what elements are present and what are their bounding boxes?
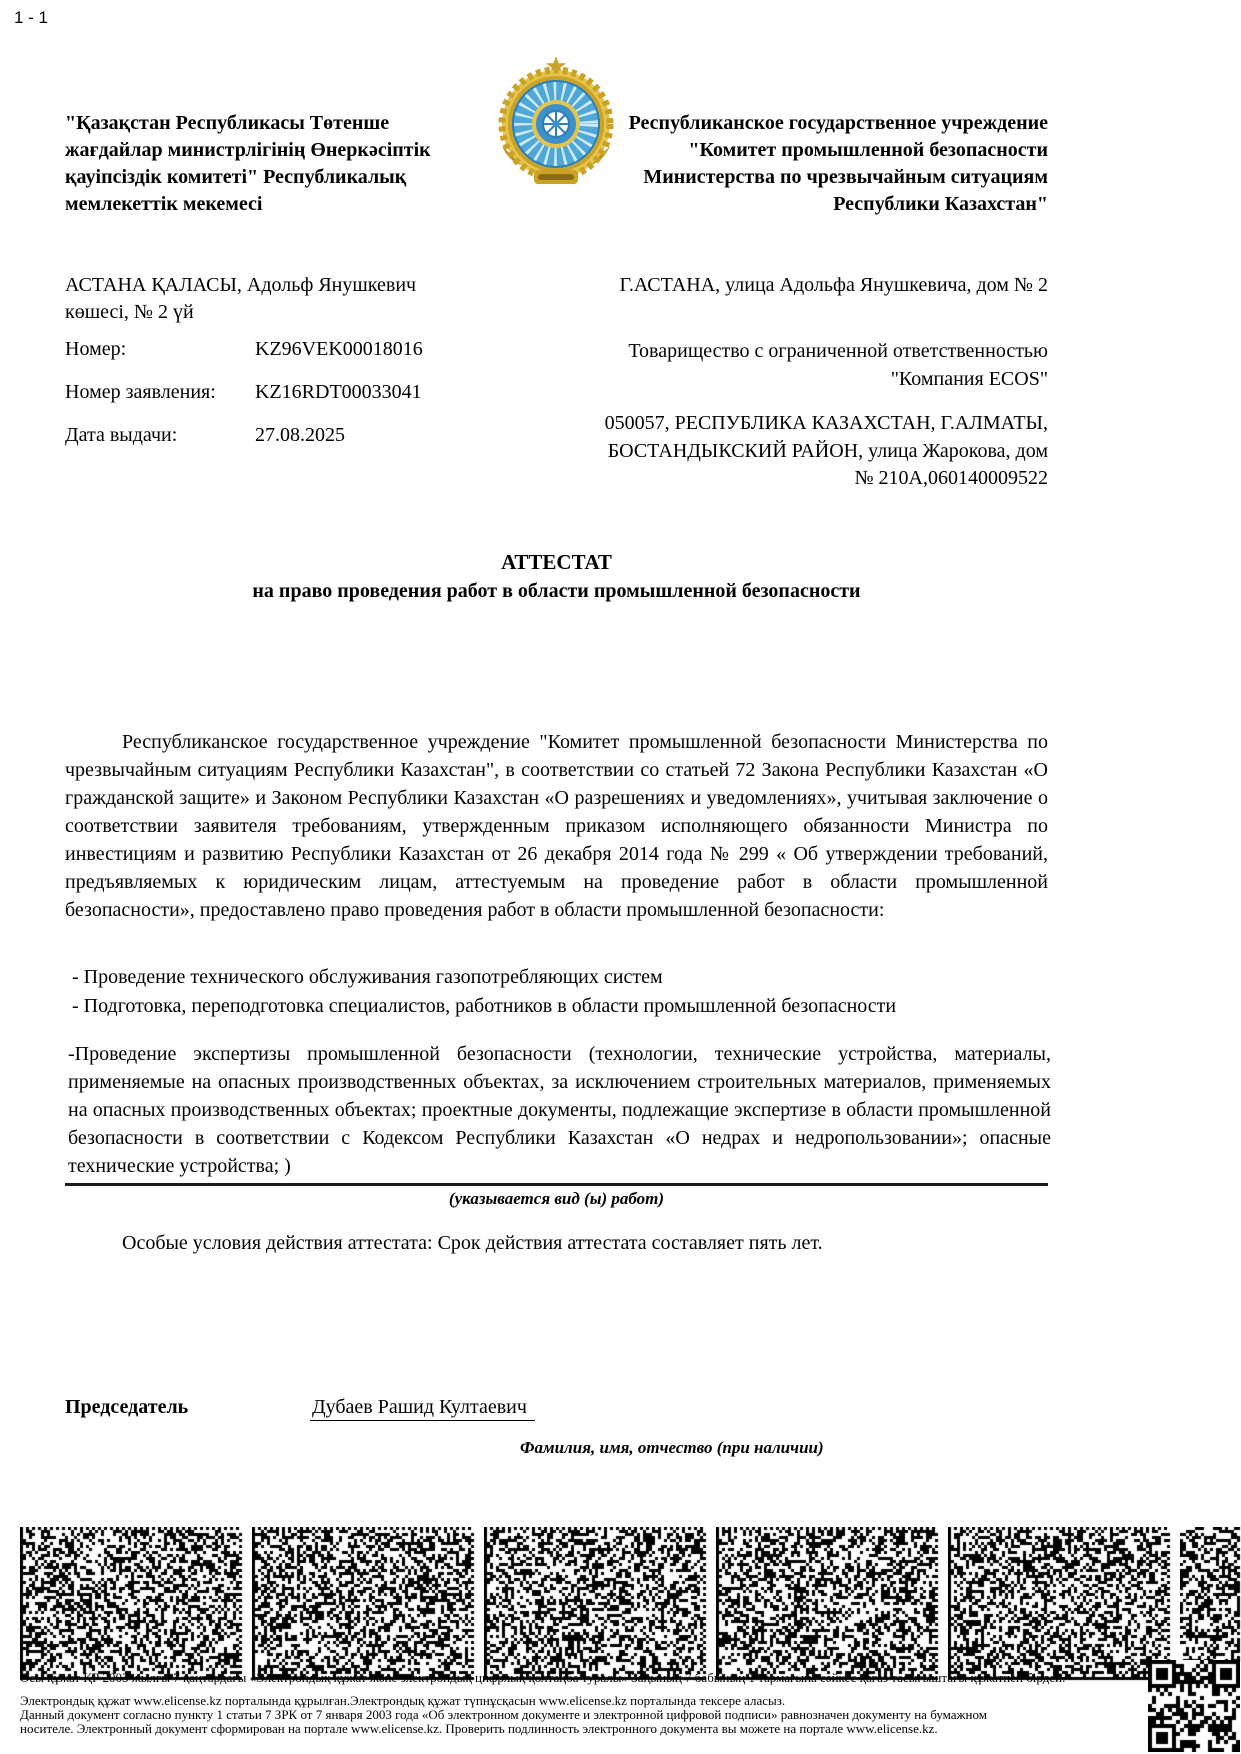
special-conditions: Особые условия действия аттестата: Срок … [65, 1232, 1048, 1255]
field-issue-date: Дата выдачи: 27.08.2025 [65, 424, 585, 467]
issuer-address-kk: АСТАНА ҚАЛАСЫ, Адольф Янушкевич көшесі, … [65, 272, 470, 326]
field-number: Номер: KZ96VEK00018016 [65, 338, 585, 381]
footer-note-kk-portal: Электрондық құжат www.elicense.kz портал… [20, 1694, 785, 1708]
verification-qr-code [1148, 1660, 1240, 1752]
field-number-value: KZ96VEK00018016 [255, 338, 423, 360]
field-application-number-label: Номер заявления: [65, 381, 250, 404]
field-application-number-value: KZ16RDT00033041 [255, 381, 422, 403]
footer-note-kk-legal: Осы құжат ҚР 2003 жылғы 7 қаңтардағы «Эл… [20, 1670, 1065, 1686]
barcode-block-partial [1180, 1527, 1241, 1682]
barcode-block-1 [20, 1527, 244, 1682]
barcode-block-3 [484, 1527, 708, 1682]
certificate-page: 1 - 1 [0, 0, 1241, 1754]
works-divider-line [65, 1183, 1048, 1186]
field-application-number: Номер заявления: KZ16RDT00033041 [65, 381, 585, 424]
recipient-name: Товарищество с ограниченной ответственно… [603, 338, 1048, 393]
barcode-block-4 [716, 1527, 940, 1682]
footer-note-ru-legal-2: носителе. Электронный документ сформиров… [20, 1722, 938, 1736]
work-item-3: -Проведение экспертизы промышленной безо… [68, 1040, 1051, 1180]
issuer-name-ru: Республиканское государственное учрежден… [603, 110, 1048, 218]
barcode-block-5 [948, 1527, 1172, 1682]
field-issue-date-value: 27.08.2025 [255, 424, 345, 446]
works-caption: (указывается вид (ы) работ) [65, 1189, 1048, 1209]
kazakhstan-emblem-graphic [492, 54, 620, 192]
main-paragraph: Республиканское государственное учрежден… [65, 728, 1048, 924]
barcode-block-2 [252, 1527, 476, 1682]
document-title: АТТЕСТАТ [65, 550, 1048, 575]
kazakhstan-emblem-icon [492, 54, 620, 192]
signer-name: Дубаев Рашид Култаевич [310, 1396, 535, 1421]
issuer-name-kk: "Қазақстан Республикасы Төтенше жағдайла… [65, 110, 470, 218]
work-item-2: - Подготовка, переподготовка специалисто… [72, 992, 896, 1020]
signer-position-label: Председатель [65, 1396, 188, 1419]
document-subtitle: на право проведения работ в области пром… [65, 580, 1048, 603]
issuer-address-ru: Г.АСТАНА, улица Адольфа Янушкевича, дом … [603, 272, 1048, 299]
field-issue-date-label: Дата выдачи: [65, 424, 250, 447]
document-fields: Номер: KZ96VEK00018016 Номер заявления: … [65, 338, 585, 467]
field-number-label: Номер: [65, 338, 250, 361]
page-number-marker: 1 - 1 [14, 8, 48, 28]
footer-note-ru-legal-1: Данный документ согласно пункту 1 статьи… [20, 1708, 987, 1722]
work-item-1: - Проведение технического обслуживания г… [72, 963, 663, 991]
recipient-address: 050057, РЕСПУБЛИКА КАЗАХСТАН, Г.АЛМАТЫ, … [603, 410, 1048, 493]
signer-name-caption: Фамилия, имя, отчество (при наличии) [520, 1438, 824, 1458]
